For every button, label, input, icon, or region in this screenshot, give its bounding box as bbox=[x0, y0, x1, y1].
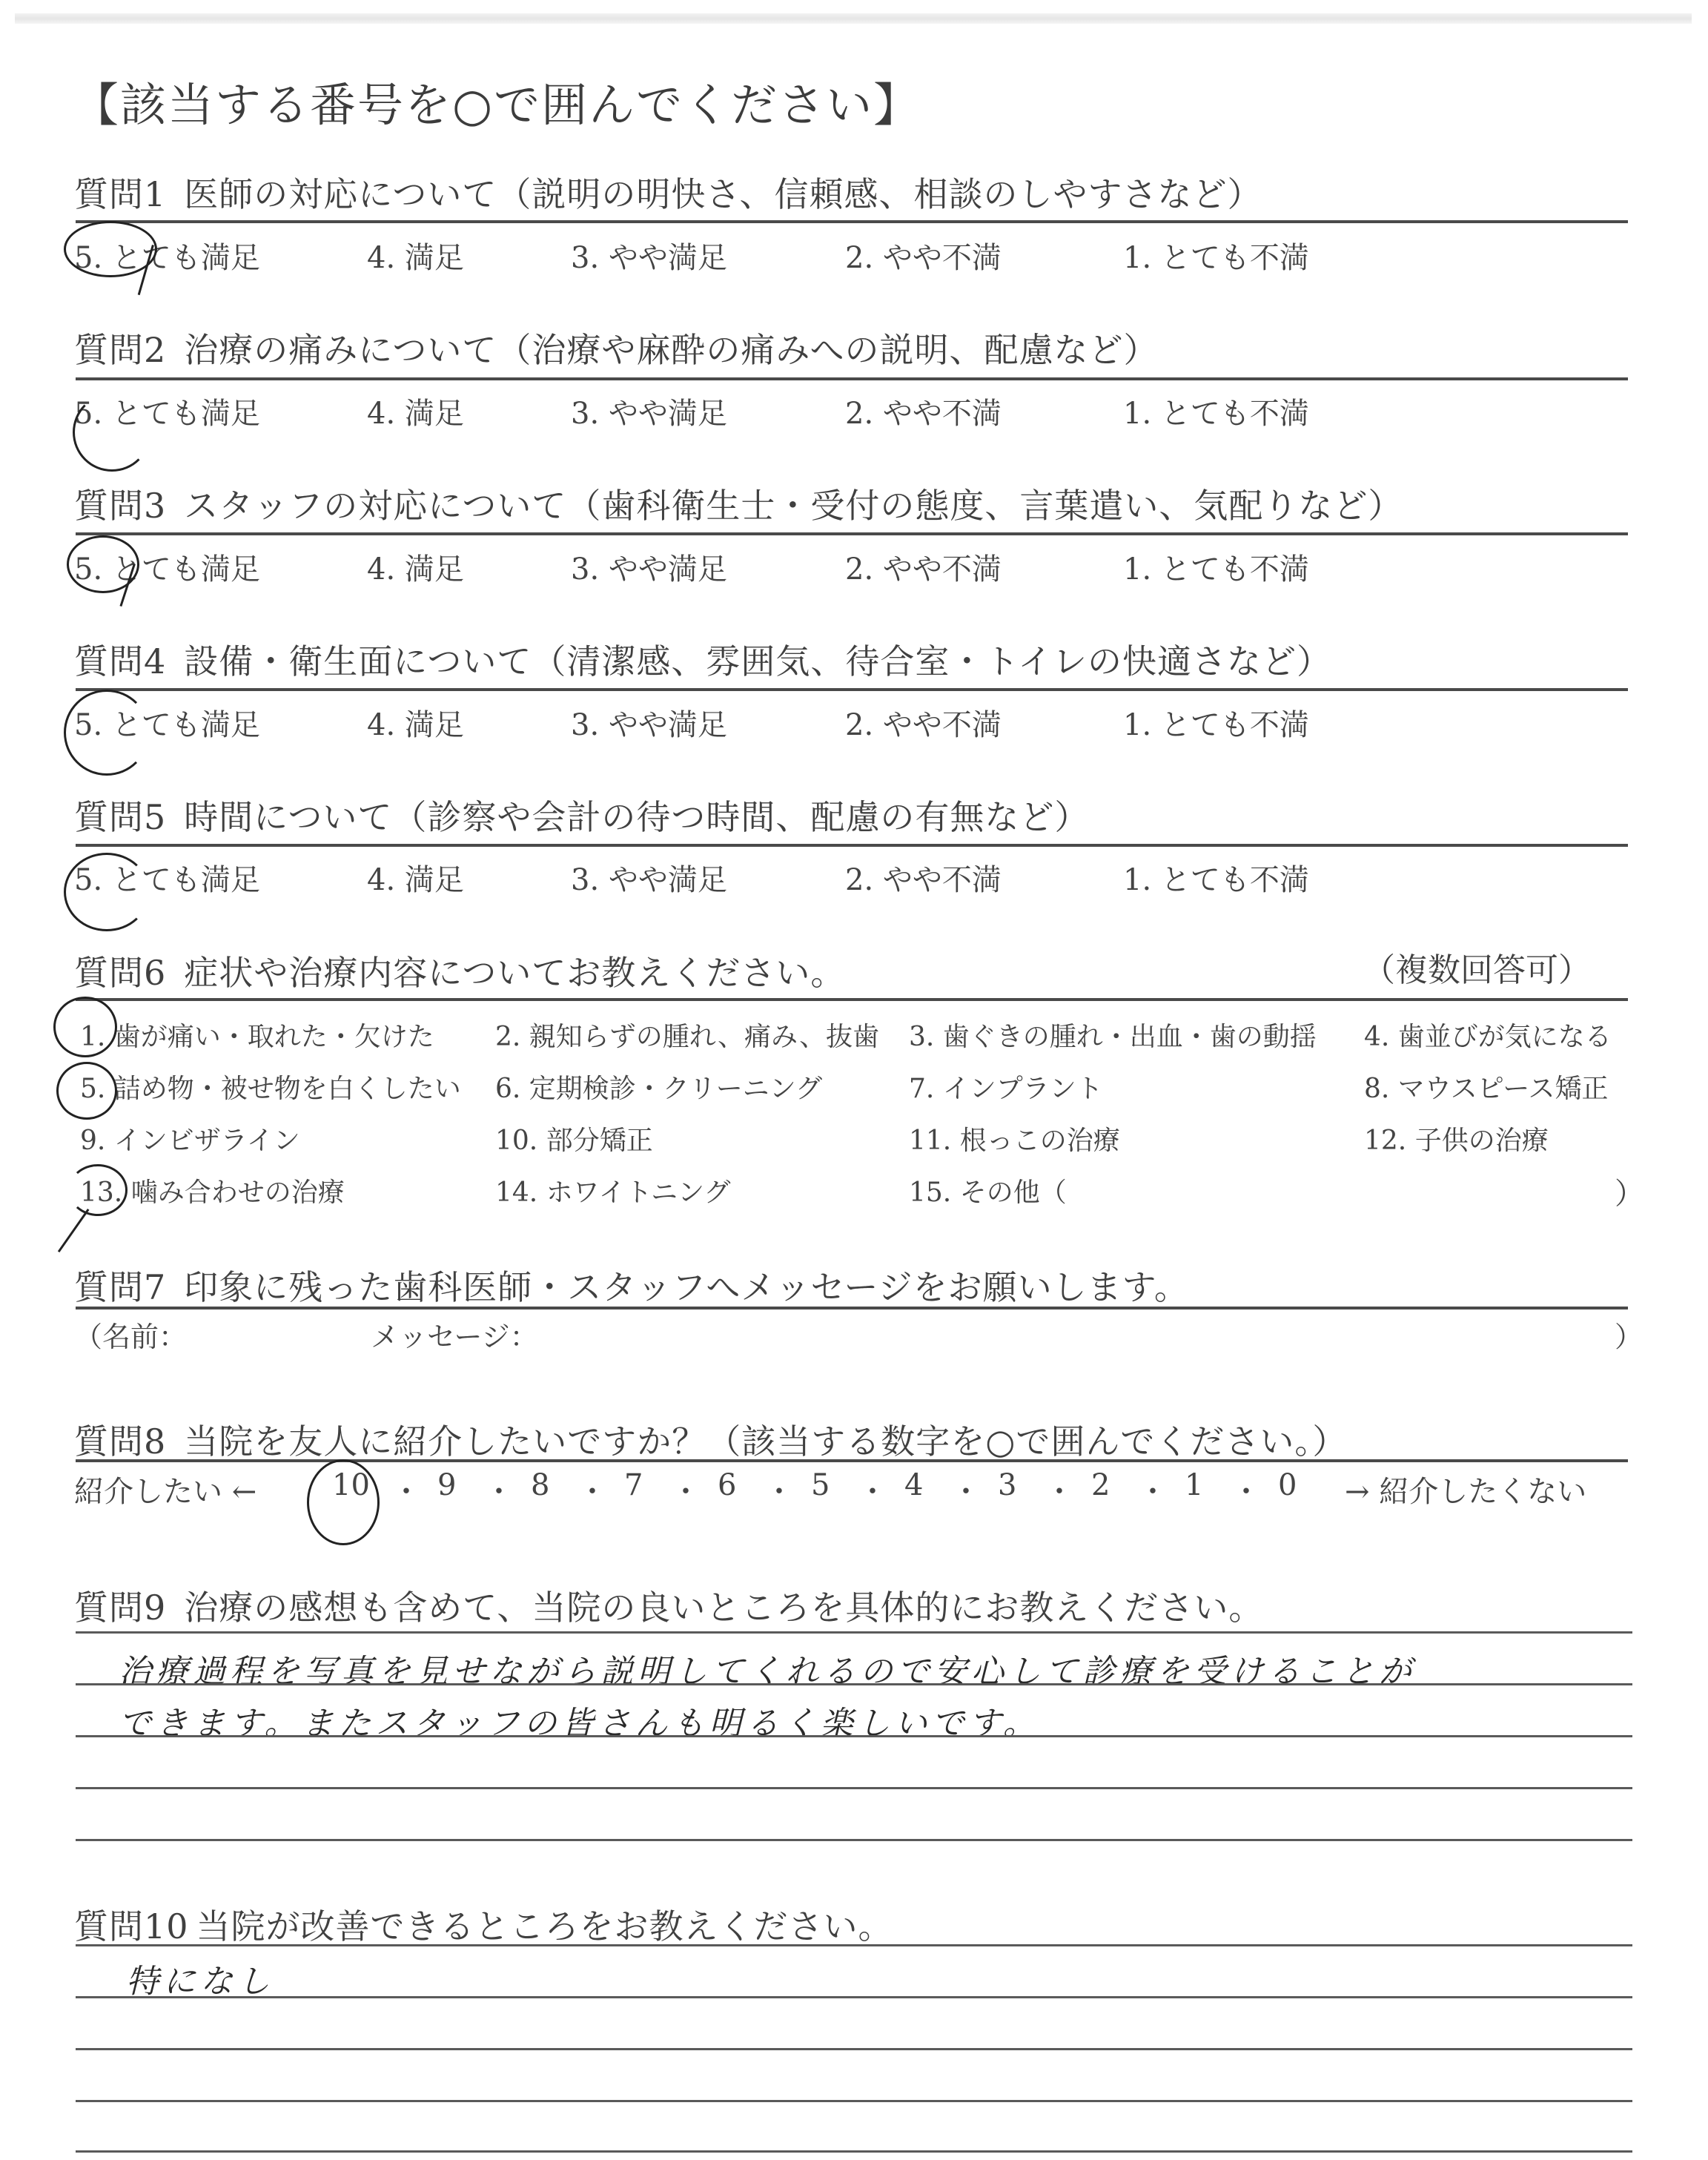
question-text: 医師の対応について（説明の明快さ、信頼感、相談のしやすさなど） bbox=[184, 174, 1262, 214]
question-4-title: 質問4設備・衛生面について（清潔感、雰囲気、待合室・トイレの快適さなど） bbox=[74, 635, 1331, 684]
question-number: 質問10 bbox=[74, 1906, 189, 1946]
divider bbox=[76, 998, 1628, 1001]
option-2[interactable]: 2. やや不満 bbox=[845, 234, 1002, 277]
scale-6[interactable]: 6 bbox=[718, 1468, 736, 1502]
answer-line bbox=[76, 2100, 1632, 2102]
separator: ・ bbox=[671, 1468, 701, 1510]
question-text: 治療の痛みについて（治療や麻酔の痛みへの説明、配慮など） bbox=[184, 330, 1158, 370]
question-text: 当院を友人に紹介したいですか？（該当する数字を○で囲んでください。） bbox=[184, 1421, 1347, 1462]
form-header: 【該当する番号を○で囲んでください】 bbox=[73, 68, 921, 134]
separator: ・ bbox=[1045, 1468, 1074, 1510]
separator: ・ bbox=[1138, 1468, 1168, 1510]
question-text: 治療の感想も含めて、当院の良いところを具体的にお教えください。 bbox=[184, 1588, 1263, 1628]
separator: ・ bbox=[951, 1468, 981, 1510]
scan-edge bbox=[15, 13, 1692, 24]
question-2-title: 質問2治療の痛みについて（治療や麻酔の痛みへの説明、配慮など） bbox=[74, 323, 1158, 372]
option-4[interactable]: 4. 満足 bbox=[367, 390, 464, 432]
divider bbox=[76, 220, 1628, 223]
question-text: 時間について（診察や会計の待つ時間、配慮の有無など） bbox=[184, 797, 1089, 837]
answer-line bbox=[76, 1787, 1632, 1789]
scale-right-label: → 紹介したくない bbox=[1345, 1468, 1586, 1510]
separator: ・ bbox=[764, 1468, 794, 1510]
q6-option-15[interactable]: 15. その他（ bbox=[909, 1172, 1067, 1209]
answer-line bbox=[76, 1839, 1632, 1841]
question-number: 質問3 bbox=[74, 486, 166, 526]
q6-option-7[interactable]: 7. インプラント bbox=[909, 1068, 1103, 1106]
option-4[interactable]: 4. 満足 bbox=[367, 234, 464, 277]
option-4[interactable]: 4. 満足 bbox=[367, 701, 464, 744]
answer-line bbox=[76, 1944, 1632, 1946]
scale-10[interactable]: 10 bbox=[332, 1468, 370, 1502]
option-5[interactable]: 5. とても満足 bbox=[74, 701, 260, 744]
q6-option-5[interactable]: 5. 詰め物・被せ物を白くしたい bbox=[80, 1068, 461, 1106]
q6-option-10[interactable]: 10. 部分矯正 bbox=[495, 1120, 653, 1157]
option-3[interactable]: 3. やや満足 bbox=[571, 856, 727, 899]
message-label: メッセージ： bbox=[371, 1314, 538, 1355]
scale-5[interactable]: 5 bbox=[811, 1468, 830, 1502]
question-number: 質問9 bbox=[74, 1588, 166, 1628]
separator: ・ bbox=[577, 1468, 607, 1510]
scale-0[interactable]: 0 bbox=[1278, 1468, 1297, 1502]
divider bbox=[76, 532, 1628, 535]
scale-4[interactable]: 4 bbox=[904, 1468, 923, 1502]
option-3[interactable]: 3. やや満足 bbox=[571, 390, 727, 432]
option-5[interactable]: 5. とても満足 bbox=[74, 390, 260, 432]
question-3-title: 質問3スタッフの対応について（歯科衛生士・受付の態度、言葉遣い、気配りなど） bbox=[74, 479, 1403, 528]
other-close-paren: ） bbox=[1615, 1170, 1644, 1212]
recommend-scale: 紹介したい ← 10 ・ 9 ・ 8 ・ 7 ・ 6 ・ 5 ・ 4 ・ 3 ・… bbox=[74, 1468, 1638, 1513]
name-field[interactable] bbox=[193, 1314, 341, 1347]
q6-option-3[interactable]: 3. 歯ぐきの腫れ・出血・歯の動揺 bbox=[909, 1016, 1317, 1054]
option-2[interactable]: 2. やや不満 bbox=[845, 390, 1002, 432]
question-text: 印象に残った歯科医師・スタッフへメッセージをお願いします。 bbox=[184, 1267, 1189, 1307]
question-text: スタッフの対応について（歯科衛生士・受付の態度、言葉遣い、気配りなど） bbox=[184, 486, 1403, 526]
q6-option-6[interactable]: 6. 定期検診・クリーニング bbox=[495, 1068, 822, 1106]
divider bbox=[76, 844, 1628, 847]
option-5[interactable]: 5. とても満足 bbox=[74, 546, 260, 588]
question-1-title: 質問1医師の対応について（説明の明快さ、信頼感、相談のしやすさなど） bbox=[74, 168, 1262, 217]
q6-option-11[interactable]: 11. 根っこの治療 bbox=[909, 1120, 1120, 1157]
scale-8[interactable]: 8 bbox=[531, 1468, 549, 1502]
question-number: 質問1 bbox=[74, 174, 166, 214]
option-5[interactable]: 5. とても満足 bbox=[74, 234, 260, 277]
answer-line bbox=[76, 2150, 1632, 2153]
separator: ・ bbox=[484, 1468, 514, 1510]
separator: ・ bbox=[858, 1468, 887, 1510]
q6-option-13[interactable]: 13. 噛み合わせの治療 bbox=[80, 1172, 345, 1209]
question-text: 当院が改善できるところをお教えください。 bbox=[196, 1906, 893, 1946]
option-1[interactable]: 1. とても不満 bbox=[1123, 234, 1309, 277]
option-5[interactable]: 5. とても満足 bbox=[74, 856, 260, 899]
option-2[interactable]: 2. やや不満 bbox=[845, 701, 1002, 744]
q6-option-8[interactable]: 8. マウスピース矯正 bbox=[1364, 1068, 1608, 1106]
option-1[interactable]: 1. とても不満 bbox=[1123, 390, 1309, 432]
divider bbox=[76, 377, 1628, 380]
question-number: 質問8 bbox=[74, 1421, 166, 1462]
scale-7[interactable]: 7 bbox=[624, 1468, 643, 1502]
option-3[interactable]: 3. やや満足 bbox=[571, 234, 727, 277]
answer-line bbox=[76, 2048, 1632, 2050]
question-number: 質問4 bbox=[74, 641, 166, 681]
answer-line bbox=[76, 1996, 1632, 1998]
name-label: （名前： bbox=[74, 1314, 187, 1355]
question-text: 症状や治療内容についてお教えください。 bbox=[184, 953, 845, 993]
answer-line bbox=[76, 1735, 1632, 1737]
question-number: 質問7 bbox=[74, 1267, 166, 1307]
divider bbox=[76, 1307, 1628, 1309]
question-number: 質問6 bbox=[74, 953, 166, 993]
scale-left-label: 紹介したい ← bbox=[74, 1468, 256, 1510]
answer-line bbox=[76, 1683, 1632, 1685]
q6-option-1[interactable]: 1. 歯が痛い・取れた・欠けた bbox=[80, 1016, 434, 1054]
separator: ・ bbox=[391, 1468, 421, 1510]
question-10-title: 質問10当院が改善できるところをお教えください。 bbox=[74, 1900, 893, 1949]
selection-mark bbox=[58, 1209, 90, 1252]
question-number: 質問2 bbox=[74, 330, 166, 370]
answer-line bbox=[76, 1631, 1632, 1634]
scale-9[interactable]: 9 bbox=[437, 1468, 456, 1502]
q6-option-12[interactable]: 12. 子供の治療 bbox=[1364, 1120, 1549, 1157]
option-1[interactable]: 1. とても不満 bbox=[1123, 856, 1309, 899]
question-7-title: 質問7印象に残った歯科医師・スタッフへメッセージをお願いします。 bbox=[74, 1261, 1189, 1309]
option-4[interactable]: 4. 満足 bbox=[367, 546, 464, 588]
q6-option-14[interactable]: 14. ホワイトニング bbox=[495, 1172, 730, 1209]
divider bbox=[76, 1459, 1628, 1462]
close-paren: ） bbox=[1615, 1314, 1643, 1355]
scale-2[interactable]: 2 bbox=[1091, 1468, 1110, 1502]
divider bbox=[76, 688, 1628, 691]
option-3[interactable]: 3. やや満足 bbox=[571, 546, 727, 588]
scale-3[interactable]: 3 bbox=[998, 1468, 1016, 1502]
option-1[interactable]: 1. とても不満 bbox=[1123, 546, 1309, 588]
option-1[interactable]: 1. とても不満 bbox=[1123, 701, 1309, 744]
question-9-title: 質問9治療の感想も含めて、当院の良いところを具体的にお教えください。 bbox=[74, 1581, 1263, 1630]
question-5-title: 質問5時間について（診察や会計の待つ時間、配慮の有無など） bbox=[74, 790, 1089, 839]
option-2[interactable]: 2. やや不満 bbox=[845, 856, 1002, 899]
question-text: 設備・衛生面について（清潔感、雰囲気、待合室・トイレの快適さなど） bbox=[184, 641, 1331, 681]
scale-1[interactable]: 1 bbox=[1185, 1468, 1203, 1502]
multiple-answers-note: （複数回答可） bbox=[1363, 943, 1591, 991]
option-3[interactable]: 3. やや満足 bbox=[571, 701, 727, 744]
q6-option-9[interactable]: 9. インビザライン bbox=[80, 1120, 300, 1157]
message-field[interactable] bbox=[563, 1314, 1586, 1347]
separator: ・ bbox=[1231, 1468, 1261, 1510]
handwritten-answer-line-1[interactable]: 特になし bbox=[126, 1955, 274, 2002]
question-6-title: 質問6症状や治療内容についてお教えください。 bbox=[74, 946, 845, 995]
question-number: 質問5 bbox=[74, 797, 166, 837]
q6-option-2[interactable]: 2. 親知らずの腫れ、痛み、抜歯 bbox=[495, 1016, 879, 1054]
option-2[interactable]: 2. やや不満 bbox=[845, 546, 1002, 588]
option-4[interactable]: 4. 満足 bbox=[367, 856, 464, 899]
question-8-title: 質問8当院を友人に紹介したいですか？（該当する数字を○で囲んでください。） bbox=[74, 1415, 1347, 1464]
q6-option-4[interactable]: 4. 歯並びが気になる bbox=[1364, 1016, 1612, 1054]
